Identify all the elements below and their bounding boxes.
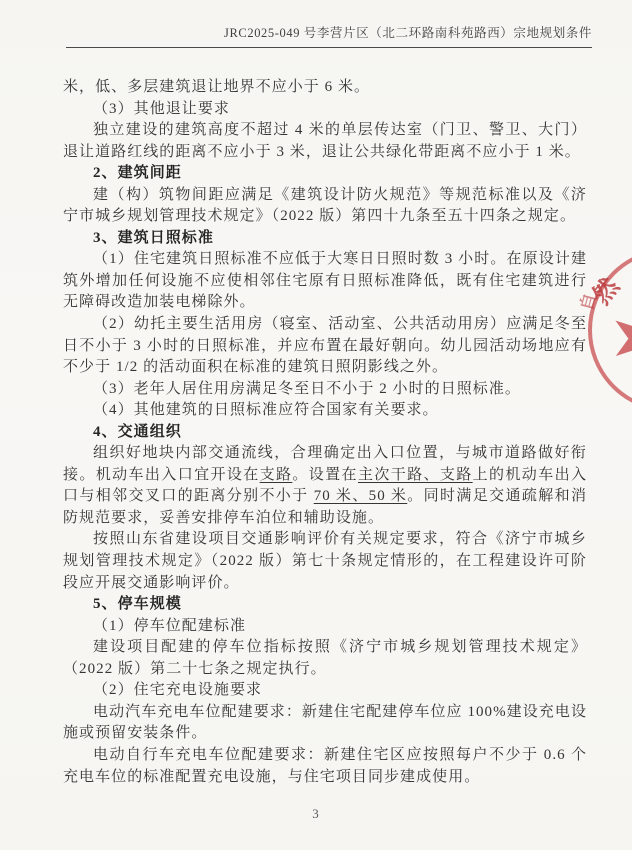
document-reference-title: JRC2025-049 号李营片区（北二环路南科苑路西）宗地规划条件 <box>66 23 592 48</box>
section-heading: 4、交通组织 <box>63 422 587 444</box>
section-heading: 3、建筑日照标准 <box>63 228 587 250</box>
body-paragraph: 组织好地块内部交通流线，合理确定出入口位置，与城市道路做好衔接。机动车出入口宜开… <box>63 443 587 529</box>
underlined-text: 支路 <box>260 467 293 483</box>
section-heading: 2、建筑间距 <box>63 163 587 185</box>
underlined-text: 70 米、50 米 <box>314 488 408 504</box>
body-paragraph: （2）住宅充电设施要求 <box>63 680 587 702</box>
body-paragraph: 建设项目配建的停车位指标按照《济宁市城乡规划管理技术规定》（2022 版）第二十… <box>63 637 587 680</box>
body-paragraph: （1）停车位配建标准 <box>63 616 587 638</box>
page-footer: 3 <box>0 806 632 822</box>
document-body: 米，低、多层建筑退让地界不应小于 6 米。（3）其他退让要求独立建设的建筑高度不… <box>63 77 587 788</box>
body-paragraph: （3）老年人居住用房满足冬至日不小于 2 小时的日照标准。 <box>63 379 587 401</box>
body-paragraph: （4）其他建筑的日照标准应符合国家有关要求。 <box>63 400 587 422</box>
body-paragraph: （1）住宅建筑日照标准不应低于大寒日日照时数 3 小时。在原设计建筑外增加任何设… <box>63 249 587 314</box>
underlined-text: 主次干路、支路 <box>358 467 473 483</box>
document-page: JRC2025-049 号李营片区（北二环路南科苑路西）宗地规划条件 米，低、多… <box>0 0 632 850</box>
body-paragraph: 独立建设的建筑高度不超过 4 米的单层传达室（门卫、警卫、大门）退让道路红线的距… <box>63 120 587 163</box>
body-paragraph: （3）其他退让要求 <box>63 99 587 121</box>
body-paragraph: 电动自行车充电车位配建要求：新建住宅区应按照每户不少于 0.6 个充电车位的标准… <box>63 745 587 788</box>
body-paragraph: 米，低、多层建筑退让地界不应小于 6 米。 <box>63 77 587 99</box>
page-number: 3 <box>312 806 320 821</box>
body-paragraph: （2）幼托主要生活用房（寝室、活动室、公共活动用房）应满足冬至日不小于 3 小时… <box>63 314 587 379</box>
body-paragraph: 电动汽车充电车位配建要求：新建住宅配建停车位应 100%建设充电设施或预留安装条… <box>63 702 587 745</box>
section-heading: 5、停车规模 <box>63 594 587 616</box>
body-paragraph: 按照山东省建设项目交通影响评价有关规定要求，符合《济宁市城乡规划管理技术规定》（… <box>63 529 587 594</box>
body-paragraph: 建（构）筑物间距应满足《建筑设计防火规范》等规范标准以及《济宁市城乡规划管理技术… <box>63 185 587 228</box>
